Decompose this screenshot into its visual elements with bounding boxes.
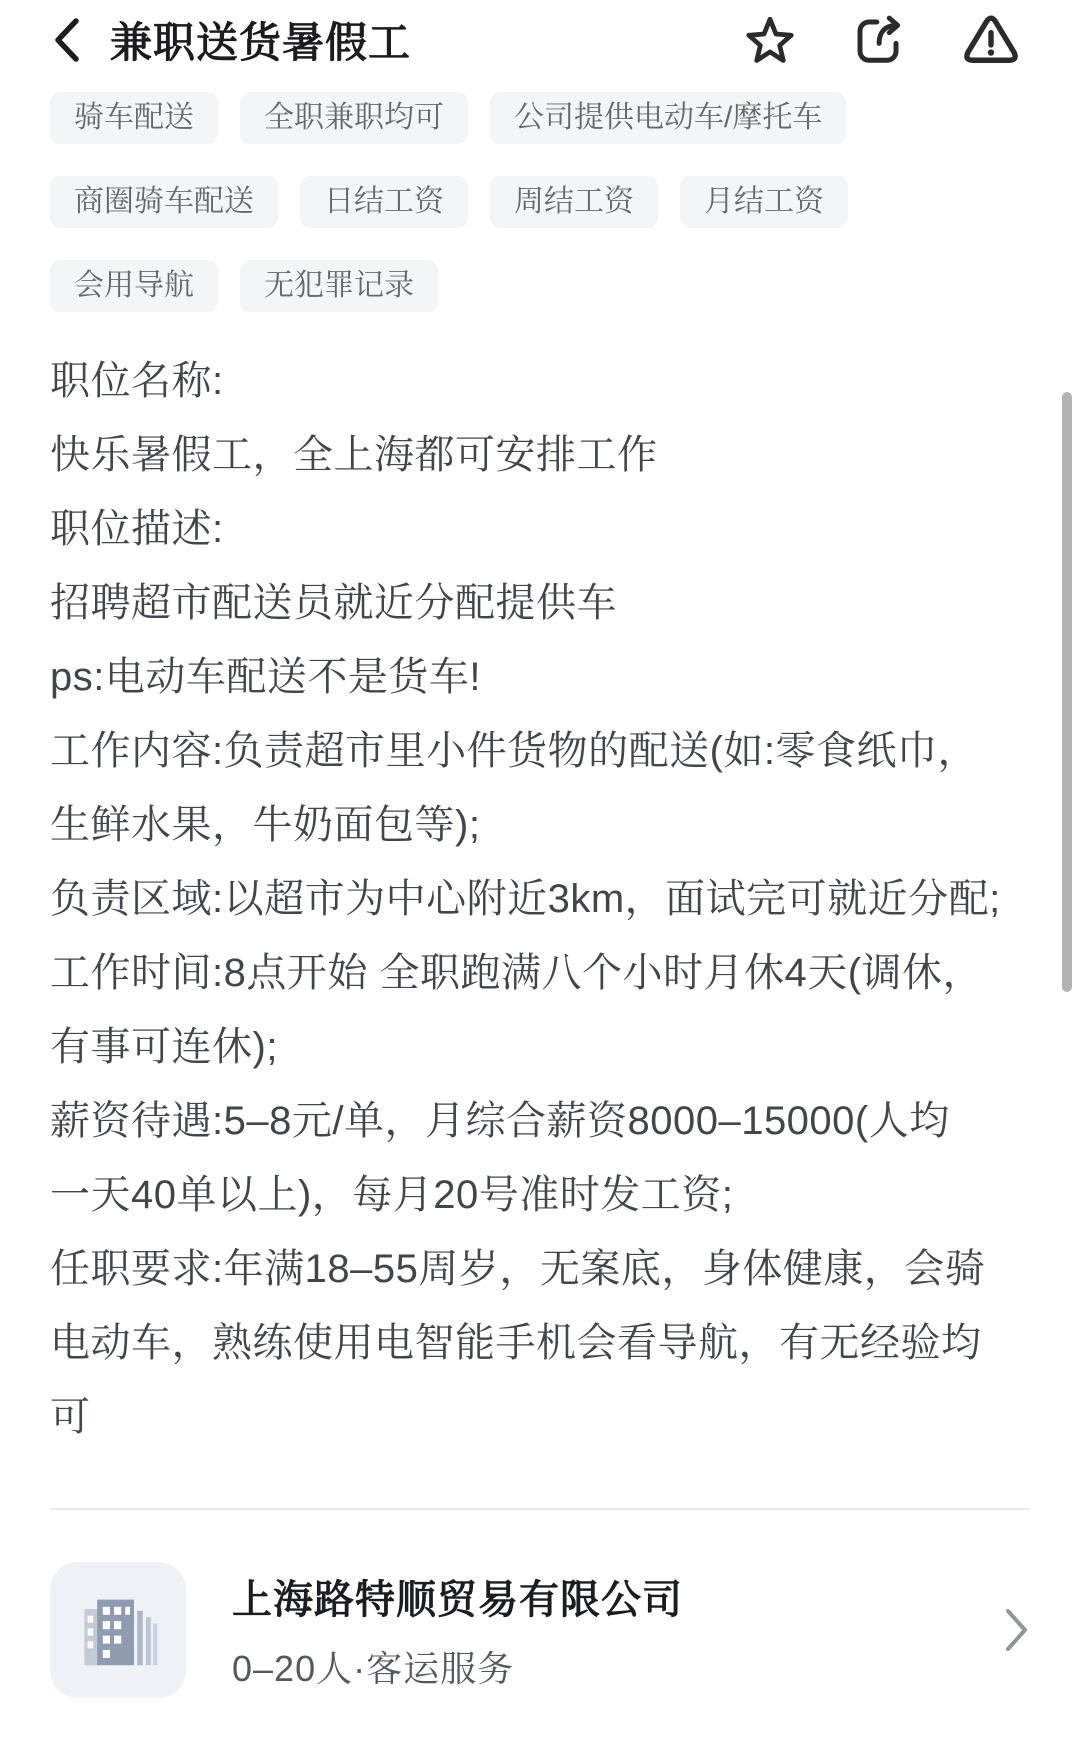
back-button[interactable]: [44, 16, 88, 64]
job-tag: 全职兼职均可: [240, 92, 468, 144]
company-logo: [50, 1562, 186, 1698]
description-line: ps:电动车配送不是货车!: [50, 640, 1030, 714]
job-tag: 会用导航: [50, 260, 218, 312]
header-actions: [743, 13, 1023, 67]
job-tag: 日结工资: [300, 176, 468, 228]
job-tag: 骑车配送: [50, 92, 218, 144]
description-line: 有事可连休);: [50, 1010, 1030, 1084]
description-line: 薪资待遇:5–8元/单，月综合薪资8000–15000(人均: [50, 1084, 1030, 1158]
tag-row: 会用导航无犯罪记录: [50, 260, 1030, 312]
description-line: 职位描述:: [50, 492, 1030, 566]
description-line: 快乐暑假工，全上海都可安排工作: [50, 418, 1030, 492]
job-tags: 骑车配送全职兼职均可公司提供电动车/摩托车商圈骑车配送日结工资周结工资月结工资会…: [0, 80, 1080, 312]
job-tag: 无犯罪记录: [240, 260, 438, 312]
warning-triangle-icon: [959, 13, 1023, 67]
section-divider: [50, 1508, 1030, 1510]
company-info: 上海路特顺贸易有限公司 0–20人·客运服务: [232, 1568, 984, 1692]
tag-row: 商圈骑车配送日结工资周结工资月结工资: [50, 176, 1030, 228]
scrollbar-thumb[interactable]: [1062, 392, 1072, 992]
job-tag: 月结工资: [680, 176, 848, 228]
description-line: 一天40单以上)，每月20号准时发工资;: [50, 1158, 1030, 1232]
company-more: [1004, 1607, 1030, 1653]
description-line: 工作内容:负责超市里小件货物的配送(如:零食纸巾，: [50, 714, 1030, 788]
description-line: 电动车，熟练使用电智能手机会看导航，有无经验均: [50, 1306, 1030, 1380]
description-line: 招聘超市配送员就近分配提供车: [50, 566, 1030, 640]
star-icon: [743, 13, 797, 67]
share-icon: [851, 13, 905, 67]
job-tag: 周结工资: [490, 176, 658, 228]
header-bar: 兼职送货暑假工: [0, 0, 1080, 80]
job-tag: 公司提供电动车/摩托车: [490, 92, 846, 144]
company-card[interactable]: 上海路特顺贸易有限公司 0–20人·客运服务: [0, 1562, 1080, 1698]
building-icon: [70, 1582, 166, 1678]
company-name: 上海路特顺贸易有限公司: [232, 1568, 984, 1625]
favorite-button[interactable]: [743, 13, 797, 67]
description-line: 负责区域:以超市为中心附近3km，面试完可就近分配;: [50, 862, 1030, 936]
report-button[interactable]: [959, 13, 1023, 67]
page-title: 兼职送货暑假工: [110, 10, 743, 70]
description-line: 职位名称:: [50, 344, 1030, 418]
chevron-right-icon: [1004, 1607, 1030, 1653]
description-line: 可: [50, 1380, 1030, 1454]
back-chevron-icon: [47, 16, 85, 64]
description-line: 工作时间:8点开始 全职跑满八个小时月休4天(调休，: [50, 936, 1030, 1010]
share-button[interactable]: [851, 13, 905, 67]
tag-row: 骑车配送全职兼职均可公司提供电动车/摩托车: [50, 92, 1030, 144]
description-line: 任职要求:年满18–55周岁，无案底，身体健康，会骑: [50, 1232, 1030, 1306]
job-tag: 商圈骑车配送: [50, 176, 278, 228]
description-line: 生鲜水果，牛奶面包等);: [50, 788, 1030, 862]
company-meta: 0–20人·客运服务: [232, 1641, 984, 1692]
job-description: 职位名称:快乐暑假工，全上海都可安排工作职位描述:招聘超市配送员就近分配提供车p…: [0, 344, 1080, 1454]
